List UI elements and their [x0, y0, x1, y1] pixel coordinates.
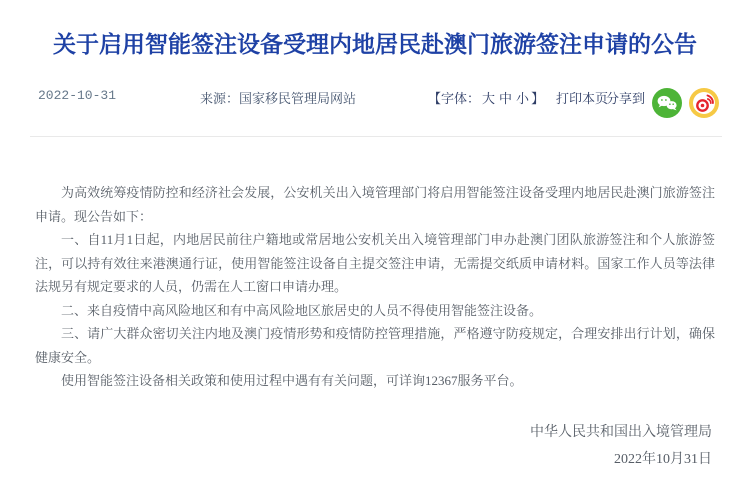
signature-block: 中华人民共和国出入境管理局 2022年10月31日	[530, 419, 712, 473]
header-divider	[30, 136, 722, 137]
publish-date: 2022-10-31	[38, 88, 116, 103]
source-label: 来源：国家移民管理局网站	[200, 88, 356, 107]
font-controls-open-bracket: 【字体：	[428, 88, 480, 107]
page-title: 关于启用智能签注设备受理内地居民赴澳门旅游签注申请的公告	[0, 26, 750, 59]
weibo-share-icon[interactable]	[689, 88, 719, 118]
paragraph-item-2: 二、来自疫情中高风险地区和有中高风险地区旅居史的人员不得使用智能签注设备。	[35, 299, 715, 323]
font-size-small-button[interactable]: 小	[516, 88, 529, 107]
paragraph-item-1: 一、自11月1日起，内地居民前往户籍地或常居地公安机关出入境管理部门申办赴澳门团…	[35, 228, 715, 299]
paragraph-intro: 为高效统筹疫情防控和经济社会发展，公安机关出入境管理部门将启用智能签注设备受理内…	[35, 181, 715, 228]
paragraph-item-3: 三、请广大群众密切关注内地及澳门疫情形势和疫情防控管理措施，严格遵守防疫规定，合…	[35, 322, 715, 369]
print-page-button[interactable]: 打印本页	[556, 88, 608, 107]
wechat-share-icon[interactable]	[652, 88, 682, 118]
article-body: 为高效统筹疫情防控和经济社会发展，公安机关出入境管理部门将启用智能签注设备受理内…	[35, 181, 715, 393]
font-controls-close-bracket: 】	[531, 88, 544, 107]
font-size-large-button[interactable]: 大	[482, 88, 495, 107]
announcement-page: 关于启用智能签注设备受理内地居民赴澳门旅游签注申请的公告 2022-10-31 …	[0, 0, 750, 479]
signature-issuer: 中华人民共和国出入境管理局	[530, 419, 712, 446]
font-size-controls: 【字体：大中小】	[428, 88, 544, 107]
font-size-medium-button[interactable]: 中	[499, 88, 512, 107]
signature-date: 2022年10月31日	[530, 446, 712, 473]
share-label: 分享到	[606, 88, 645, 107]
paragraph-hotline: 使用智能签注设备相关政策和使用过程中遇有有关问题，可详询12367服务平台。	[35, 369, 715, 393]
